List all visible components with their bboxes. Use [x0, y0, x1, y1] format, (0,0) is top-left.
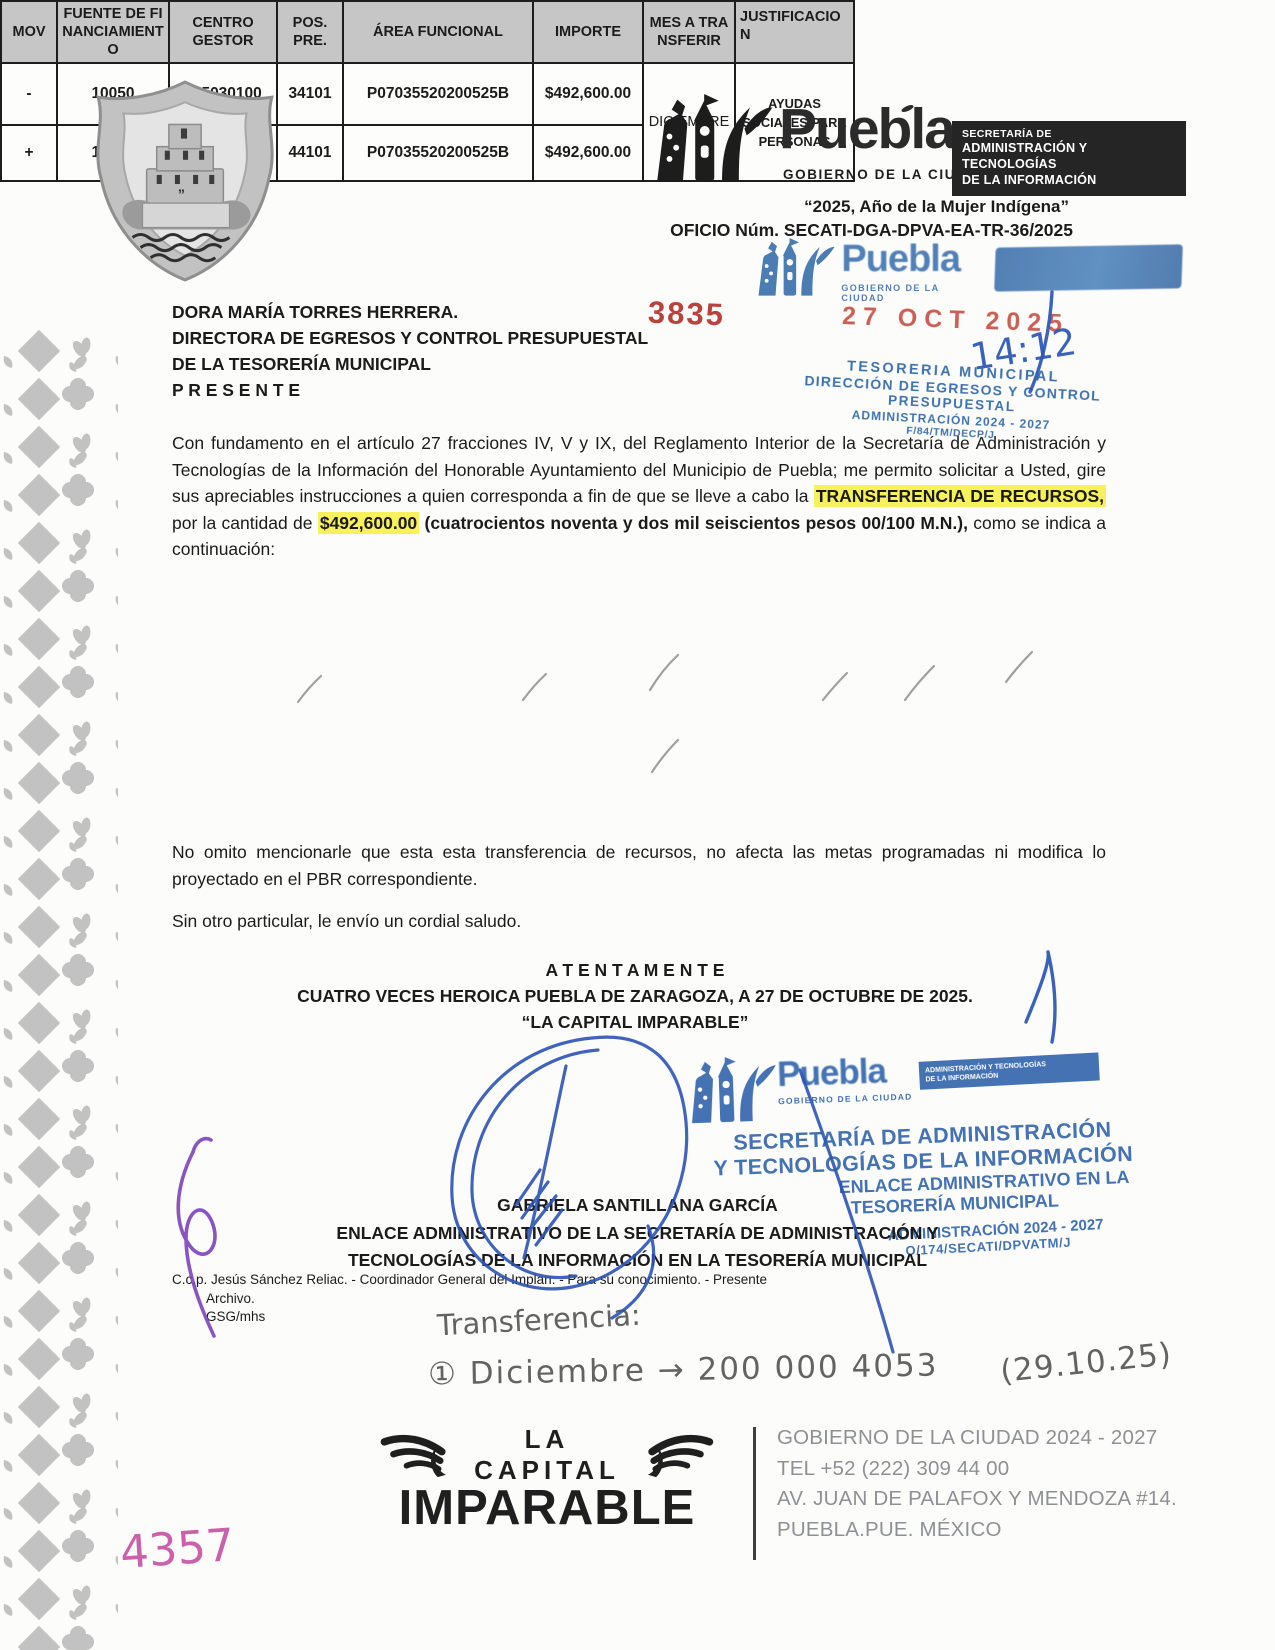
logo-bottom-text: IMPARABLE: [380, 1480, 714, 1536]
highlight-amount: $492,600.00: [318, 512, 419, 534]
addressee-title2: DE LA TESORERÍA MUNICIPAL: [172, 351, 648, 377]
footer-address-block: GOBIERNO DE LA CIUDAD 2024 - 2027 TEL +5…: [777, 1423, 1177, 1545]
badge-line3: DE LA INFORMACIÓN: [962, 173, 1176, 189]
stamp-ink-smear: [995, 244, 1183, 291]
stamp-puebla-wordmark: Puebla: [841, 238, 985, 281]
cell-area: P07035520200525B: [343, 63, 533, 125]
body-paragraph-3: Sin otro particular, le envío un cordial…: [172, 911, 1106, 932]
pencil-checkmarks: [298, 652, 1032, 772]
handwritten-note-date: (29.10.25): [999, 1336, 1174, 1390]
stamp-puebla-logo-icon: [685, 1055, 779, 1128]
ccp-archivo: Archivo.: [206, 1291, 255, 1306]
left-wing-icon: [380, 1432, 448, 1478]
red-folio-number: 3835: [647, 295, 725, 334]
ccp-initials: GSG/mhs: [206, 1309, 265, 1324]
secretaria-badge: SECRETARÍA DE ADMINISTRACIÓN Y TECNOLOGÍ…: [952, 121, 1186, 196]
col-header-mov: MOV: [1, 1, 57, 63]
puebla-wordmark: Puebla: [779, 96, 954, 162]
cell-importe: $492,600.00: [533, 125, 643, 181]
body-paragraph-2: No omito mencionarle que esta esta trans…: [172, 839, 1106, 892]
puebla-coat-of-arms-icon: ”: [84, 76, 286, 288]
signer-block: GABRIELA SANTILLANA GARCÍA ENLACE ADMINI…: [160, 1192, 1115, 1275]
stamp-puebla-logo-icon: [752, 238, 837, 300]
body-text-bold: (cuatrocientos noventa y dos mil seiscie…: [419, 513, 968, 533]
cell-pos: 44101: [277, 125, 343, 181]
highlight-transferencia: TRANSFERENCIA DE RECURSOS,: [814, 485, 1106, 507]
footer-line: GOBIERNO DE LA CIUDAD 2024 - 2027: [777, 1423, 1177, 1454]
col-header-pos: POS. PRE.: [277, 1, 343, 63]
body-paragraph-1: Con fundamento en el artículo 27 fraccio…: [172, 430, 1106, 563]
city-and-date: CUATRO VECES HEROICA PUEBLA DE ZARAGOZA,…: [150, 983, 1120, 1009]
badge-line2: ADMINISTRACIÓN Y TECNOLOGÍAS: [962, 141, 1176, 172]
puebla-logo-icon: [646, 94, 778, 188]
badge-line1: SECRETARÍA DE: [962, 128, 1176, 141]
signer-title-1: ENLACE ADMINISTRATIVO DE LA SECRETARÍA D…: [160, 1220, 1115, 1248]
addressee-name: DORA MARÍA TORRES HERRERA.: [172, 299, 648, 325]
handwritten-note-title: Transferencia:: [436, 1298, 641, 1343]
col-header-centro: CENTRO GESTOR: [169, 1, 277, 63]
footer-line: AV. JUAN DE PALAFOX Y MENDOZA #14.: [777, 1484, 1177, 1515]
logo-top-text: LA CAPITAL: [452, 1424, 642, 1486]
cell-area: P07035520200525B: [343, 125, 533, 181]
signer-name: GABRIELA SANTILLANA GARCÍA: [160, 1192, 1115, 1220]
footer-line: TEL +52 (222) 309 44 00: [777, 1454, 1177, 1485]
col-header-area: ÁREA FUNCIONAL: [343, 1, 533, 63]
pink-folio-number: 4357: [118, 1518, 236, 1579]
cell-importe: $492,600.00: [533, 63, 643, 125]
addressee-block: DORA MARÍA TORRES HERRERA. DIRECTORA DE …: [172, 299, 648, 403]
signer-title-2: TECNOLOGÍAS DE LA INFORMACIÓN EN LA TESO…: [160, 1247, 1115, 1275]
handwritten-note-detail: ① Diciembre → 200 000 4053: [428, 1348, 939, 1393]
right-wing-icon: [646, 1432, 714, 1478]
closing-block: A T E N T A M E N T E CUATRO VECES HEROI…: [150, 957, 1120, 1035]
stamp-puebla-wordmark: Puebla: [776, 1051, 912, 1096]
atentamente: A T E N T A M E N T E: [150, 957, 1120, 983]
col-header-importe: IMPORTE: [533, 1, 643, 63]
body-text: por la cantidad de: [172, 513, 318, 533]
cell-pos: 34101: [277, 63, 343, 125]
talavera-margin-pattern: [0, 328, 118, 1650]
footer-line: PUEBLA.PUE. MÉXICO: [777, 1515, 1177, 1546]
svg-text:”: ”: [178, 186, 185, 202]
col-header-fuente: FUENTE DE FINANCIAMIENTO: [57, 1, 169, 63]
stamp-badge: ADMINISTRACIÓN Y TECNOLOGÍAS DE LA INFOR…: [919, 1052, 1100, 1090]
addressee-presente: P R E S E N T E: [172, 377, 648, 403]
slogan: “LA CAPITAL IMPARABLE”: [150, 1009, 1120, 1035]
cell-mov: +: [1, 125, 57, 181]
la-capital-imparable-logo: LA CAPITAL IMPARABLE: [380, 1424, 714, 1536]
col-header-mes: MES A TRANSFERIR: [643, 1, 735, 63]
footer-divider: [753, 1427, 756, 1560]
col-header-justificacion: JUSTIFICACION: [735, 1, 854, 63]
cell-mov: -: [1, 63, 57, 125]
stamp-puebla-subtitle: GOBIERNO DE LA CIUDAD: [841, 283, 985, 303]
addressee-title: DIRECTORA DE EGRESOS Y CONTROL PRESUPUES…: [172, 325, 648, 351]
year-motto: “2025, Año de la Mujer Indígena”: [804, 197, 1069, 217]
scanned-oficio-document: ” Puebla GOBIERNO DE LA CIUDAD SECRETARÍ…: [0, 0, 1275, 1650]
